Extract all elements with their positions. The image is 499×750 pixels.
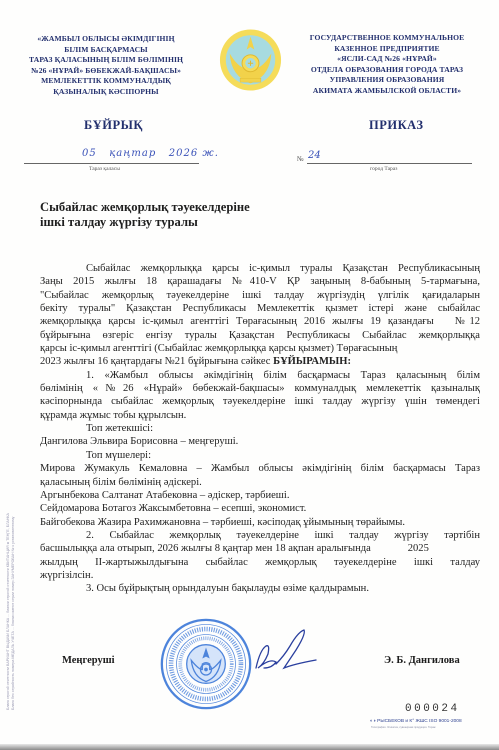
members-label: Топ мүшелері: bbox=[40, 449, 480, 462]
org-header-kazakh: «ЖАМБЫЛ ОБЛЫСЫ ӘКІМДІГІНІҢ БІЛІМ БАСҚАРМ… bbox=[16, 34, 196, 98]
document-page: «ЖАМБЫЛ ОБЛЫСЫ ӘКІМДІГІНІҢ БІЛІМ БАСҚАРМ… bbox=[0, 0, 499, 750]
group-leader: Дангилова Эльвира Борисовна – меңгеруші. bbox=[40, 435, 480, 448]
body-line: қарсы іс-қимыл агенттігі (Сыбайлас жемқо… bbox=[40, 342, 480, 355]
printer-subtext: Типография. Этикетка, сувенирная продукц… bbox=[371, 726, 436, 729]
item1-line: бөлімінің «№26 «Нұрай» бөбекжай-бақшасы»… bbox=[40, 382, 480, 395]
page-bottom-edge bbox=[0, 744, 499, 750]
body-line-order: 2023 жылғы 16 қаңтардағы №21 бұйрығына с… bbox=[40, 355, 480, 368]
header-line: №26 «НҰРАЙ» БӨБЕКЖАЙ-БАҚШАСЫ» bbox=[16, 66, 196, 77]
header-line: КАЗЕННОЕ ПРЕДПРИЯТИЕ bbox=[292, 44, 482, 55]
item1-line: 1. «Жамбыл облысы әкімдігінің білім басқ… bbox=[40, 369, 480, 382]
body-line: бұйрығына өзгеріс енгізу туралы Қазақста… bbox=[40, 329, 480, 342]
header-line: ГОСУДАРСТВЕННОЕ КОММУНАЛЬНОЕ bbox=[292, 33, 482, 44]
member-line: Аргынбекова Салтанат Атабековна – әдіске… bbox=[40, 489, 480, 502]
date-underline bbox=[24, 163, 199, 164]
margin-note-text: Бланк строгой отчетности ВАРИАНТ ВЫДАЧИ … bbox=[6, 300, 16, 710]
round-seal-stamp-icon bbox=[160, 618, 252, 710]
margin-note-line: Бланк бес серийность номера МЕДАЛЬ УЧЕТА… bbox=[11, 517, 15, 710]
number-label: № bbox=[297, 155, 304, 163]
header-line: МЕМЛЕКЕТТІК КОММУНАЛДЫҚ bbox=[16, 76, 196, 87]
member-line: Сейдомарова Ботагоз Жаксымбетовна – есеп… bbox=[40, 502, 480, 515]
header-line: ТАРАЗ ҚАЛАСЫНЫҢ БІЛІМ БӨЛІМІНІҢ bbox=[16, 55, 196, 66]
printer-mark-text: РЫСБЕКОВ и К° ЖШС ISO 9001-2008 bbox=[377, 719, 461, 724]
number-underline bbox=[307, 163, 472, 164]
doc-type-russian: ПРИКАЗ bbox=[369, 118, 423, 133]
item1-line: кәсіпорнында сыбайлас жемқорлық тәуекелд… bbox=[40, 395, 480, 408]
header-line: УПРАВЛЕНИЯ ОБРАЗОВАНИЯ bbox=[292, 75, 482, 86]
body-line: Заңы 2015 жылғы 18 қарашадағы №410-V ҚР … bbox=[40, 275, 480, 288]
member-line: Мирова Жумакуль Кемаловна – Жамбыл облыс… bbox=[40, 462, 480, 475]
header-line: ОТДЕЛА ОБРАЗОВАНИЯ ГОРОДА ТАРАЗ bbox=[292, 65, 482, 76]
order-basis-text: 2023 жылғы 16 қаңтардағы №21 бұйрығына с… bbox=[40, 356, 273, 367]
body-line: Сыбайлас жемқорлыққа қарсы іс-қимыл тура… bbox=[40, 262, 480, 275]
member-line: қаласының білім бөлімінің әдіскері. bbox=[40, 476, 480, 489]
number-handwritten: 24 bbox=[308, 150, 321, 161]
margin-note-vertical: Бланк строгой отчетности ВАРИАНТ ВЫДАЧИ … bbox=[6, 300, 36, 720]
signatory-role: Меңгеруші bbox=[62, 655, 115, 666]
header-line: АКИМАТА ЖАМБЫЛСКОЙ ОБЛАСТИ» bbox=[292, 86, 482, 97]
item2-line: басшылыққа ала отырып, 2026 жылғы 8 қаңт… bbox=[40, 542, 480, 555]
header-line: БІЛІМ БАСҚАРМАСЫ bbox=[16, 45, 196, 56]
group-leader-label: Топ жетекшісі: bbox=[40, 422, 480, 435]
title-line: Сыбайлас жемқорлық тәуекелдеріне bbox=[40, 200, 250, 215]
margin-note-line: Бланк строгой отчетности ВАРИАНТ ВЫДАЧИ … bbox=[6, 513, 10, 710]
title-line: ішкі талдау жүргізу туралы bbox=[40, 215, 250, 230]
body-line: "Сыбайлас жемқорлық тәуекелдеріне ішкі т… bbox=[40, 289, 480, 302]
order-title: Сыбайлас жемқорлық тәуекелдеріне ішкі та… bbox=[40, 200, 250, 230]
order-body: Сыбайлас жемқорлыққа қарсы іс-қимыл тура… bbox=[40, 262, 480, 596]
date-handwritten: 05 қаңтар 2026 ж. bbox=[82, 148, 219, 159]
signatory-name: Э. Б. Дангилова bbox=[384, 655, 460, 666]
handwritten-signature-icon bbox=[250, 628, 320, 678]
org-header-russian: ГОСУДАРСТВЕННОЕ КОММУНАЛЬНОЕ КАЗЕННОЕ ПР… bbox=[292, 33, 482, 97]
header-line: «ЖАМБЫЛ ОБЛЫСЫ ӘКІМДІГІНІҢ bbox=[16, 34, 196, 45]
state-emblem-icon bbox=[218, 27, 283, 93]
header-line: «ЯСЛИ-САД №26 «НҰРАЙ» bbox=[292, 54, 482, 65]
order-keyword: БҰЙЫРАМЫН: bbox=[273, 356, 351, 367]
city-kazakh: Тараз қаласы bbox=[89, 166, 120, 172]
body-line: жемқорлыққа қарсы іс-қимыл агенттігі Төр… bbox=[40, 315, 480, 328]
member-line: Байгобекова Жазира Рахимжановна – тәрбие… bbox=[40, 516, 480, 529]
city-russian: город Тараз bbox=[370, 166, 397, 172]
header-line: ҚАЗЫНАЛЫҚ КӘСІПОРНЫ bbox=[16, 87, 196, 98]
item1-line: құрамда жұмыс тобы құрылсын. bbox=[40, 409, 480, 422]
body-line: бекіту туралы" Қазақстан Республикасы Ме… bbox=[40, 302, 480, 315]
item2-line: жылдың ІІ-жартыжылдығына сыбайлас жемқор… bbox=[40, 556, 480, 569]
doc-type-kazakh: БҰЙРЫҚ bbox=[84, 118, 143, 133]
item3-line: 3. Осы бұйрықтың орындалуын бақылауды өз… bbox=[40, 582, 480, 595]
form-serial-number: 000024 bbox=[405, 703, 460, 715]
item2-line: 2. Сыбайлас жемқорлық тәуекелдеріне ішкі… bbox=[40, 529, 480, 542]
printer-mark: ◐◑ РЫСБЕКОВ и К° ЖШС ISO 9001-2008 bbox=[370, 719, 462, 724]
item2-line: жүргізілсін. bbox=[40, 569, 480, 582]
